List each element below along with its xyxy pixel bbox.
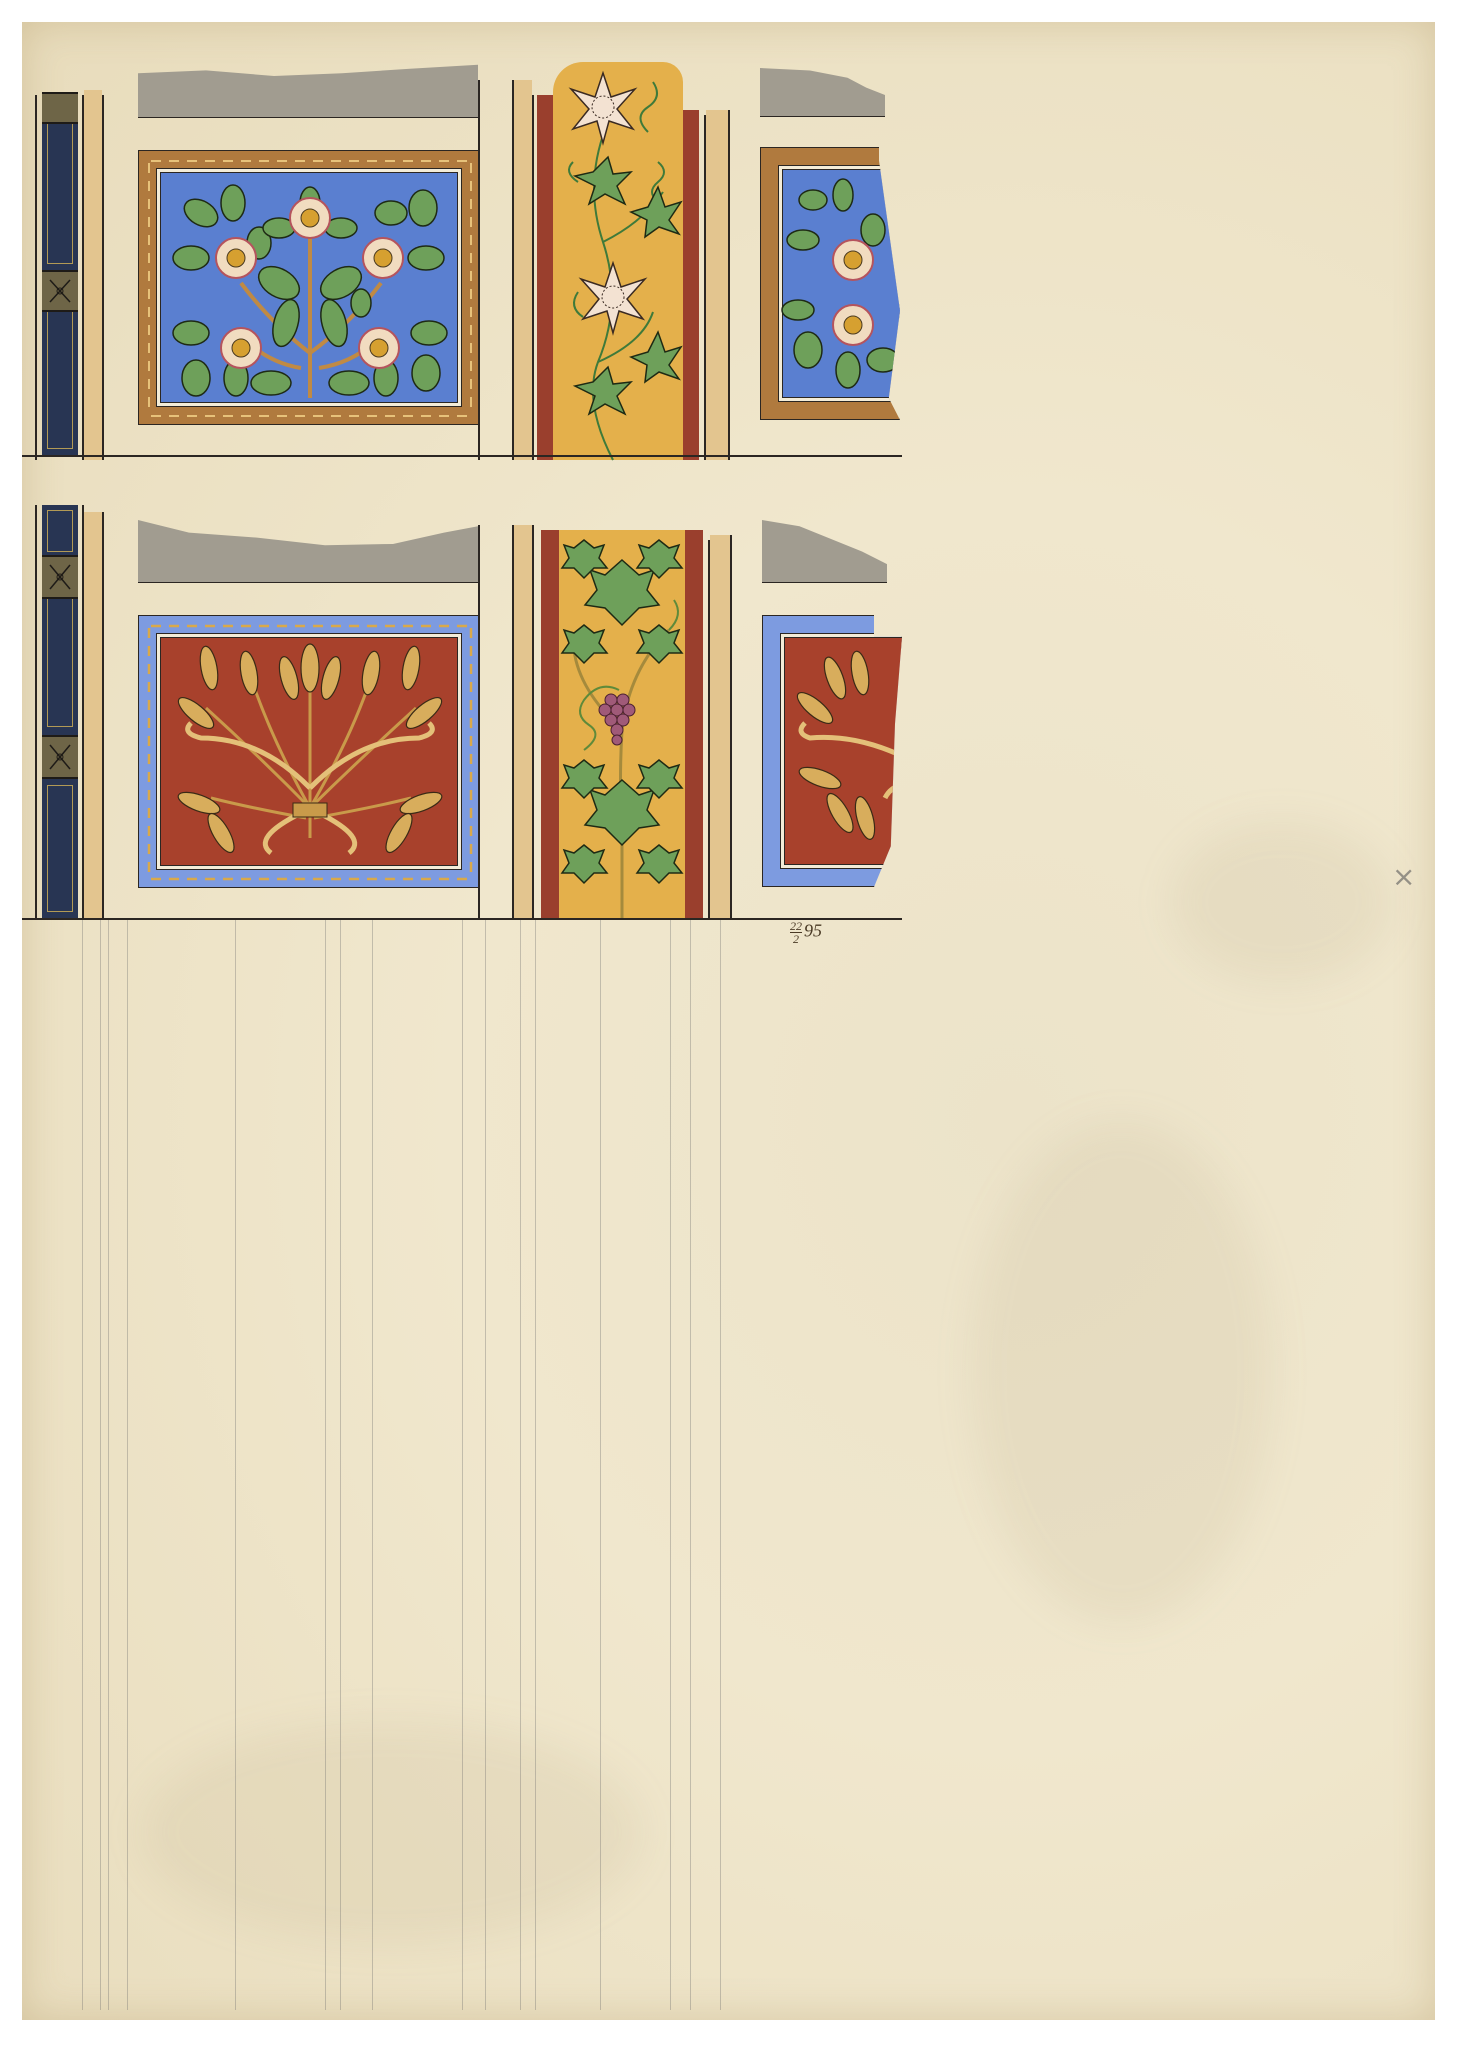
strip-red-side bbox=[685, 530, 703, 920]
ornamental-boss bbox=[42, 555, 78, 599]
wheat-panel-ground bbox=[160, 637, 458, 866]
wheat-panel-frame bbox=[138, 615, 480, 888]
ink-rule bbox=[478, 80, 480, 460]
row-baseline bbox=[22, 918, 902, 920]
cross-ornament-icon bbox=[42, 737, 78, 777]
strip-red-side bbox=[541, 530, 559, 920]
annotation-fraction: 22 2 bbox=[790, 920, 802, 945]
ink-rule bbox=[728, 110, 730, 460]
tan-band bbox=[710, 535, 730, 920]
date-annotation: 22 2 95 bbox=[790, 920, 822, 945]
strip-red-side bbox=[537, 95, 553, 460]
ink-rule bbox=[512, 525, 514, 920]
passion-flower-strip bbox=[553, 62, 683, 460]
rose-panel-frame bbox=[138, 150, 480, 425]
tan-band bbox=[706, 110, 728, 460]
ornamental-boss bbox=[42, 735, 78, 779]
ink-rule bbox=[102, 95, 104, 460]
row-baseline bbox=[22, 455, 902, 457]
paper-stain bbox=[1172, 822, 1392, 982]
wild-rose-motif bbox=[161, 173, 459, 404]
ink-rule bbox=[532, 95, 534, 460]
ink-rule bbox=[532, 525, 534, 920]
wheat-sheaf-motif bbox=[161, 638, 459, 867]
strip-red-side bbox=[683, 110, 699, 460]
ink-rule bbox=[512, 80, 514, 460]
tan-band bbox=[84, 90, 102, 460]
ink-rule bbox=[730, 535, 732, 920]
ink-rule bbox=[35, 95, 37, 460]
ornamental-boss bbox=[42, 270, 78, 312]
rose-panel-ground bbox=[160, 172, 458, 403]
passion-flower-motif bbox=[553, 62, 683, 460]
ink-rule bbox=[35, 505, 37, 920]
grapevine-strip bbox=[559, 530, 685, 920]
partial-wheat-panel bbox=[762, 615, 902, 887]
ink-rule bbox=[102, 512, 104, 920]
ink-rule bbox=[478, 525, 480, 920]
paper-stain bbox=[142, 1722, 642, 1942]
annotation-year: 95 bbox=[804, 921, 822, 941]
partial-rose-panel bbox=[760, 147, 900, 420]
cross-ornament-icon bbox=[42, 272, 78, 310]
grapevine-motif bbox=[559, 530, 685, 920]
tan-band bbox=[84, 512, 102, 920]
ornamental-boss bbox=[42, 92, 78, 124]
tan-band bbox=[512, 80, 532, 460]
pencil-x-mark: × bbox=[1392, 860, 1415, 893]
paper-stain bbox=[972, 1122, 1272, 1622]
cross-ornament-icon bbox=[42, 557, 78, 597]
tan-band bbox=[512, 525, 532, 920]
